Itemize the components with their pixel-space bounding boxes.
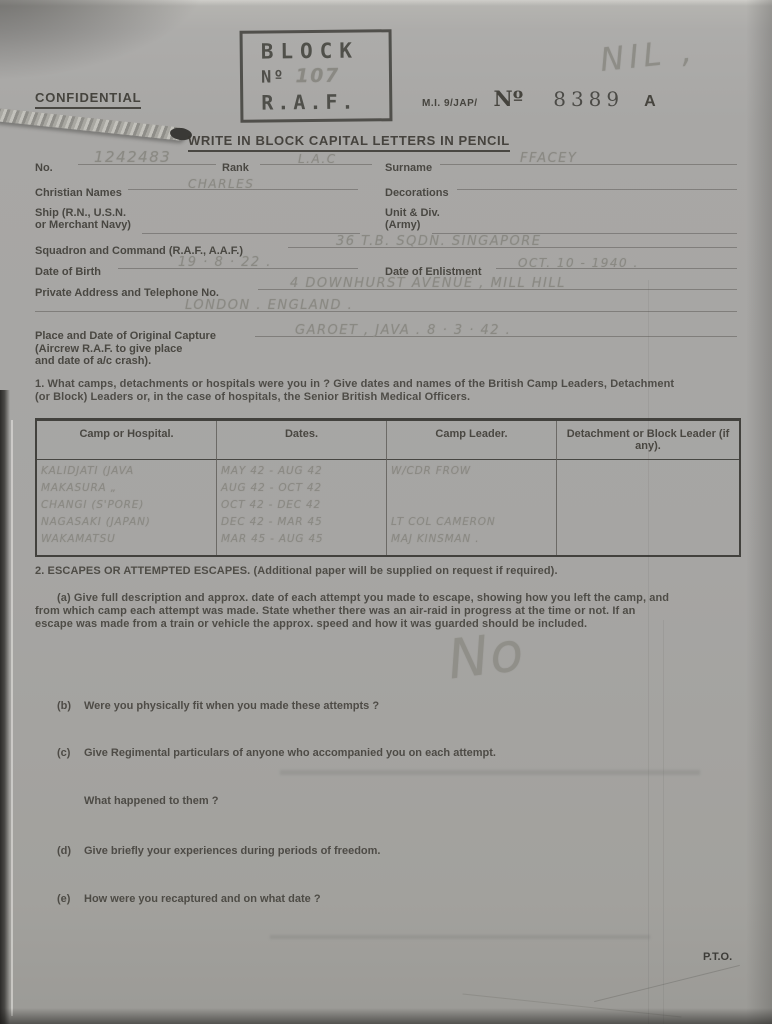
question2a-line1: (a) Give full description and approx. da… (57, 592, 669, 604)
surname-field: FFACEY (440, 150, 737, 165)
decorations-label: Decorations (385, 187, 449, 199)
question2c-letter: (c) (57, 747, 84, 759)
address-field-line1: 4 DOWNHURST AVENUE , MILL HILL (258, 275, 737, 290)
table-row-3-detachment (557, 511, 739, 528)
stamp-no-label: Nº (261, 67, 286, 87)
unit-div-field (432, 219, 737, 234)
table-row-3-camp: NAGASAKI (JAPAN) (37, 511, 217, 528)
christian-names-field: CHARLES (128, 175, 358, 190)
question2c: (c) Give Regimental particulars of anyon… (57, 747, 496, 759)
service-number-field: 1242483 (78, 150, 216, 165)
ref-number-stamped: 8389 (553, 87, 624, 111)
question2d-letter: (d) (57, 845, 84, 857)
table-row-4-dates: MAR 45 - AUG 45 (217, 528, 387, 545)
table-row-4-camp: WAKAMATSU (37, 528, 217, 545)
question1-line1: 1. What camps, detachments or hospitals … (35, 378, 674, 390)
vertical-crease-2 (663, 620, 664, 1024)
address-value-line2: LONDON . ENGLAND . (185, 298, 353, 313)
question2b-letter: (b) (57, 700, 84, 712)
table-row-1-detachment (557, 477, 739, 494)
ship-label-line2: or Merchant Navy) (35, 219, 131, 231)
scanned-pow-form-page: CONFIDENTIAL BLOCK Nº 107 R.A.F. M.I. 9/… (0, 0, 772, 1024)
table-row-2-camp: CHANGI (S'PORE) (37, 494, 217, 511)
camps-table: Camp or Hospital. Dates. Camp Leader. De… (35, 418, 741, 557)
enlistment-value: OCT. 10 - 1940 . (518, 256, 639, 270)
question2-title: 2. ESCAPES OR ATTEMPTED ESCAPES. (Additi… (35, 565, 558, 577)
col-header-dates: Dates. (217, 421, 387, 460)
rank-field: L.A.C (260, 150, 372, 165)
capture-label-line2: (Aircrew R.A.F. to give place (35, 343, 182, 355)
corner-shadow (0, 0, 230, 90)
pencil-smudge (280, 770, 700, 775)
surname-value: FFACEY (520, 151, 577, 166)
date-of-birth-field: 19 · 8 · 22 . (118, 254, 358, 269)
service-number-value: 1242483 (94, 148, 171, 166)
please-turn-over: P.T.O. (703, 951, 732, 963)
capture-field: GAROET , JAVA . 8 · 3 · 42 . (255, 322, 737, 337)
col-header-detachment: Detachment or Block Leader (if any). (557, 421, 739, 460)
block-number-stamp: BLOCK Nº 107 R.A.F. (240, 29, 393, 123)
question2d-text: Give briefly your experiences during per… (84, 845, 380, 857)
table-row-0-detachment (557, 460, 739, 477)
squadron-field: 36 T.B. SQDN. SINGAPORE (288, 233, 737, 248)
pencil-smudge-2 (270, 935, 650, 939)
table-row-2-leader (387, 494, 557, 511)
christian-names-value: CHARLES (188, 177, 254, 191)
rank-label: Rank (222, 162, 249, 174)
question2a-line2: from which camp each attempt was made. S… (35, 605, 635, 617)
question2e: (e) How were you recaptured and on what … (57, 893, 321, 905)
question2b: (b) Were you physically fit when you mad… (57, 700, 379, 712)
table-row-3-dates: DEC 42 - MAR 45 (217, 511, 387, 528)
enlistment-field: OCT. 10 - 1940 . (496, 254, 737, 269)
stamp-raf-word: R.A.F. (261, 89, 389, 114)
address-field-line2: LONDON . ENGLAND . (35, 297, 737, 312)
vertical-crease (648, 280, 649, 1024)
date-of-birth-label: Date of Birth (35, 266, 101, 278)
stamp-block-word: BLOCK (261, 38, 389, 63)
question2c-followup-text: What happened to them ? (84, 795, 218, 807)
question2c-text: Give Regimental particulars of anyone wh… (84, 747, 496, 759)
col-header-camp: Camp or Hospital. (37, 421, 217, 460)
table-row-2-dates: OCT 42 - DEC 42 (217, 494, 387, 511)
bottom-edge-shadow (0, 1008, 772, 1024)
ship-field (142, 219, 360, 234)
confidential-marking: CONFIDENTIAL (35, 90, 141, 109)
file-reference-line: M.I. 9/JAP/ Nº 8389 A (422, 86, 656, 111)
table-row-0-dates: MAY 42 - AUG 42 (217, 460, 387, 477)
question2d: (d) Give briefly your experiences during… (57, 845, 380, 857)
capture-label-line1: Place and Date of Original Capture (35, 330, 216, 342)
table-row-4-leader: MAJ KINSMAN . (387, 528, 557, 545)
question2b-text: Were you physically fit when you made th… (84, 700, 379, 712)
table-row-1-camp: MAKASURA „ (37, 477, 217, 494)
capture-label-line3: and date of a/c crash). (35, 355, 151, 367)
service-number-label: No. (35, 162, 53, 174)
question2e-letter: (e) (57, 893, 84, 905)
table-row-3-leader: LT COL CAMERON (387, 511, 557, 528)
left-edge-highlight (11, 420, 13, 1016)
table-row-4-detachment (557, 528, 739, 545)
christian-names-label: Christian Names (35, 187, 122, 199)
question2e-text: How were you recaptured and on what date… (84, 893, 321, 905)
squadron-value: 36 T.B. SQDN. SINGAPORE (336, 234, 541, 249)
rank-value: L.A.C (298, 152, 337, 166)
unit-div-label-line2: (Army) (385, 219, 420, 231)
question2c-followup: What happened to them ? (84, 795, 218, 807)
ship-label-line1: Ship (R.N., U.S.N. (35, 207, 126, 219)
address-value-line1: 4 DOWNHURST AVENUE , MILL HILL (290, 276, 566, 291)
surname-label: Surname (385, 162, 432, 174)
right-edge-shade (746, 0, 772, 1024)
ref-suffix: A (644, 93, 656, 111)
table-row-0-camp: KALIDJATI (JAVA (37, 460, 217, 477)
question1-line2: (or Block) Leaders or, in the case of ho… (35, 391, 470, 403)
unit-div-label-line1: Unit & Div. (385, 207, 440, 219)
table-row-2-detachment (557, 494, 739, 511)
left-edge-strip (0, 390, 10, 1024)
table-row-0-leader: W/CDR FROW (387, 460, 557, 477)
table-row-1-leader (387, 477, 557, 494)
col-header-leader: Camp Leader. (387, 421, 557, 460)
date-of-birth-value: 19 · 8 · 22 . (178, 255, 272, 270)
handwritten-no-answer: No (444, 620, 528, 692)
stamp-block-number-handwritten: 107 (295, 64, 339, 86)
table-row-1-dates: AUG 42 - OCT 42 (217, 477, 387, 494)
decorations-field (457, 175, 737, 190)
capture-value: GAROET , JAVA . 8 · 3 · 42 . (295, 323, 511, 338)
ref-prefix: M.I. 9/JAP/ (422, 98, 478, 109)
ref-no-label: Nº (494, 86, 524, 111)
